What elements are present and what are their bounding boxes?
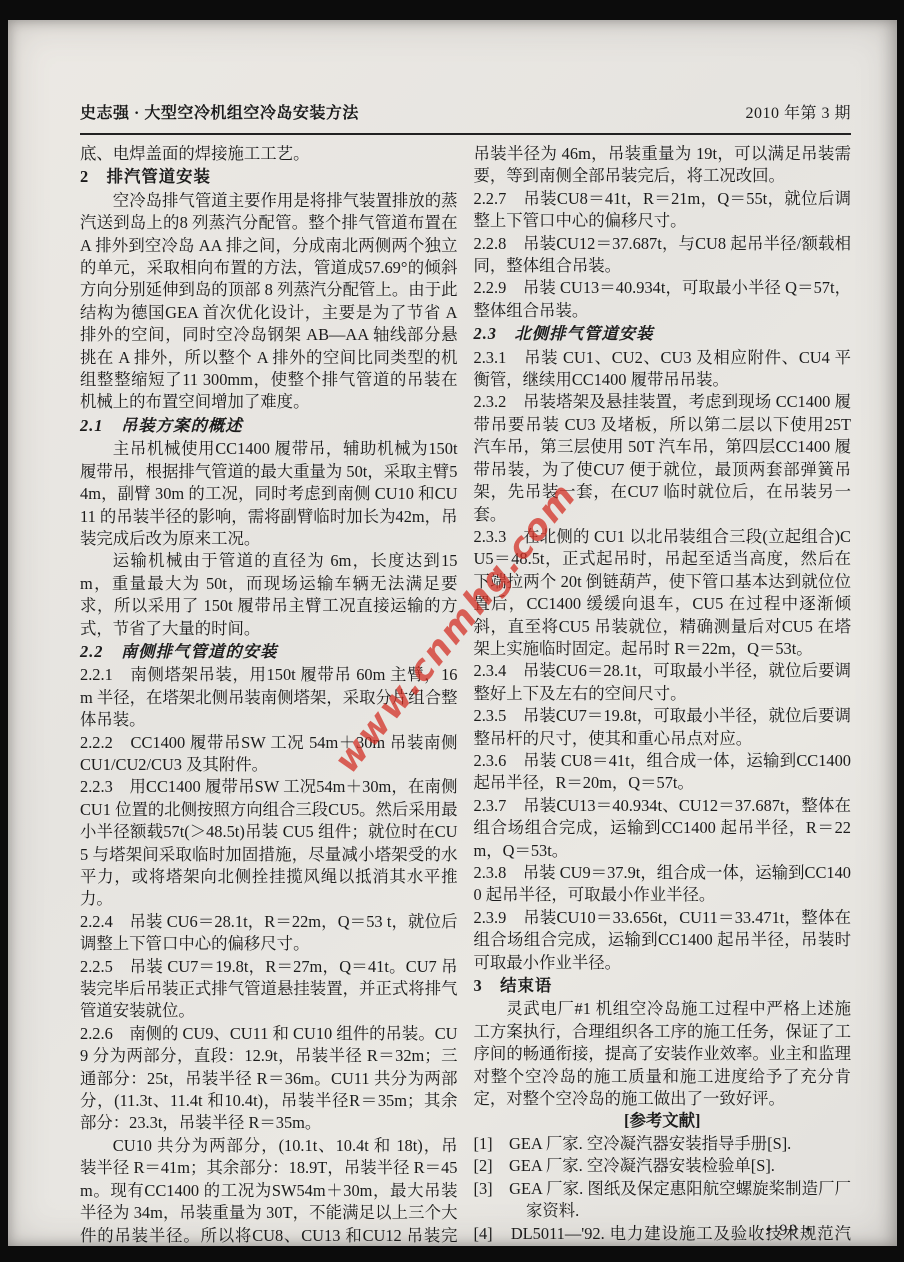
paragraph: 2.2.8 吊装CU12＝37.687t，与CU8 起吊半径/额载相同，整体组合… [474,233,852,278]
paragraph: 2.2.3 用CC1400 履带吊SW 工况54m＋30m，在南侧CU1 位置的… [80,776,458,910]
paragraph: 2.3.1 吊装 CU1、CU2、CU3 及相应附件、CU4 平衡管，继续用CC… [474,347,852,392]
article-body: 底、电焊盖面的焊接施工工艺。2 排汽管道安装空冷岛排气管道主要作用是将排气装置排… [80,143,851,1246]
paragraph: 2.3.6 吊装 CU8＝41t，组合成一体，运输到CC1400 起吊半径，R＝… [474,750,852,795]
paragraph: 2.2.6 南侧的 CU9、CU11 和 CU10 组件的吊装。CU9 分为两部… [80,1023,458,1135]
paragraph: 2.2.4 吊装 CU6＝28.1t，R＝22m，Q＝53 t，就位后调整上下管… [80,911,458,956]
paragraph: 空冷岛排气管道主要作用是将排气装置排放的蒸汽送到岛上的8 列蒸汽分配管。整个排气… [80,190,458,414]
section-heading: 2.1 吊装方案的概述 [80,415,458,437]
right-column: 吊装半径为 46m，吊装重量为 19t，可以满足吊装需要，等到南侧全部吊装完后，… [474,143,852,1246]
reference-item: [2] GEA 厂家. 空冷凝汽器安装检验单[S]. [474,1155,852,1177]
paragraph: 2.3.9 吊装CU10＝33.656t，CU11＝33.471t，整体在组合场… [474,907,852,974]
paragraph: 灵武电厂#1 机组空冷岛施工过程中严格上述施工方案执行，合理组织各工序的施工任务… [474,998,852,1110]
paragraph: 主吊机械使用CC1400 履带吊，辅助机械为150t 履带吊，根据排气管道的最大… [80,438,458,550]
running-head-issue: 2010 年第 3 期 [745,100,851,123]
reference-item: [1] GEA 厂家. 空冷凝汽器安装指导手册[S]. [474,1133,852,1155]
reference-item: [3] GEA 厂家. 图纸及保定惠阳航空螺旋桨制造厂厂家资料. [474,1178,852,1223]
references-title: [参考文献] [474,1110,852,1132]
section-heading: 2 排汽管道安装 [80,166,458,188]
page-number: • 99 • [766,1222,813,1240]
paragraph: CU10 共分为两部分，(10.1t、10.4t 和 18t)，吊装半径 R＝4… [80,1135,458,1246]
paragraph: 2.3.3 在北侧的 CU1 以北吊装组合三段(立起组合)CU5＝48.5t，正… [474,526,852,660]
paragraph: 2.2.2 CC1400 履带吊SW 工况 54m＋30m 吊装南侧CU1/CU… [80,732,458,777]
section-heading: 3 结束语 [474,975,852,997]
paragraph: 底、电焊盖面的焊接施工工艺。 [80,143,458,165]
running-head-author-title: 史志强 · 大型空冷机组空冷岛安装方法 [80,100,359,123]
paragraph: 2.2.7 吊装CU8＝41t，R＝21m，Q＝55t，就位后调整上下管口中心的… [474,188,852,233]
section-heading: 2.3 北侧排气管道安装 [474,323,852,345]
paragraph: 2.3.8 吊装 CU9＝37.9t，组合成一体，运输到CC1400 起吊半径，… [474,862,852,907]
section-heading: 2.2 南侧排气管道的安装 [80,641,458,663]
paragraph: 2.3.2 吊装塔架及悬挂装置，考虑到现场 CC1400 履带吊要吊装 CU3 … [474,391,852,525]
journal-page: 史志强 · 大型空冷机组空冷岛安装方法 2010 年第 3 期 底、电焊盖面的焊… [8,20,897,1246]
scanned-page-frame: 史志强 · 大型空冷机组空冷岛安装方法 2010 年第 3 期 底、电焊盖面的焊… [0,0,904,1262]
paragraph: 2.2.1 南侧塔架吊装，用150t 履带吊 60m 主臂，16m 半径，在塔架… [80,664,458,731]
paragraph: 2.3.4 吊装CU6＝28.1t，可取最小半径，就位后要调整好上下及左右的空间… [474,660,852,705]
paragraph: 运输机械由于管道的直径为 6m，长度达到15m，重量最大为 50t，而现场运输车… [80,550,458,640]
paragraph: 2.2.9 吊装 CU13＝40.934t，可取最小半径 Q＝57t，整体组合吊… [474,277,852,322]
paragraph: 2.3.7 吊装CU13＝40.934t、CU12＝37.687t，整体在组合场… [474,795,852,862]
running-head: 史志强 · 大型空冷机组空冷岛安装方法 2010 年第 3 期 [80,100,851,135]
paragraph: 吊装半径为 46m，吊装重量为 19t，可以满足吊装需要，等到南侧全部吊装完后，… [474,143,852,188]
left-column: 底、电焊盖面的焊接施工工艺。2 排汽管道安装空冷岛排气管道主要作用是将排气装置排… [80,143,458,1246]
paragraph: 2.3.5 吊装CU7＝19.8t，可取最小半径，就位后要调整吊杆的尺寸，使其和… [474,705,852,750]
paragraph: 2.2.5 吊装 CU7＝19.8t，R＝27m，Q＝41t。CU7 吊装完毕后… [80,956,458,1023]
